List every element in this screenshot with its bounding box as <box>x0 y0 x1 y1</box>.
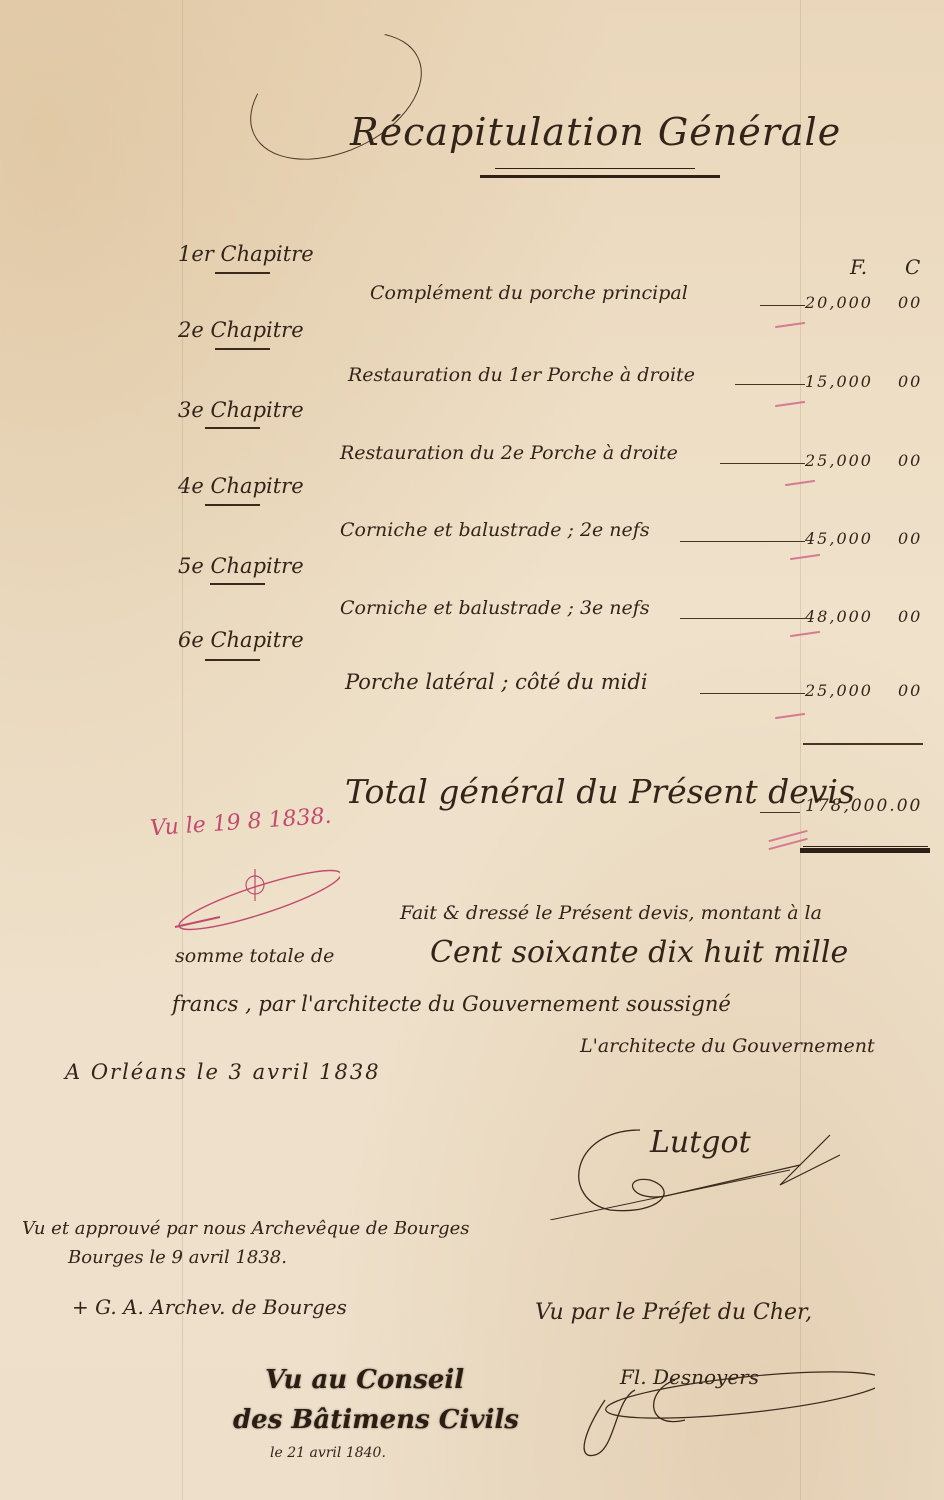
chapter-label-3: 3e Chapitre <box>178 398 304 422</box>
chapter-amount-3: 25,000 <box>805 451 873 470</box>
chapter-item-1: Complément du porche principal <box>370 282 688 304</box>
statement-line-3: francs , par l'architecte du Gouvernemen… <box>172 992 731 1016</box>
leader-line <box>760 812 800 813</box>
archbishop-approval-line-1: Vu et approuvé par nous Archevêque de Bo… <box>22 1218 470 1239</box>
chapter-amount-1: 20,000 <box>805 293 873 312</box>
chapter-cents-1: 00 <box>898 293 922 312</box>
chapter-cents-4: 00 <box>898 529 922 548</box>
statement-amount-words: Cent soixante dix huit mille <box>430 935 848 970</box>
title-flourish-icon <box>230 7 442 185</box>
archbishop-signature: + G. A. Archev. de Bourges <box>72 1295 347 1319</box>
archbishop-approval-line-2: Bourges le 9 avril 1838. <box>68 1247 287 1268</box>
red-check-mark <box>790 631 820 637</box>
chapter-underline <box>215 348 270 350</box>
chapter-amount-2: 15,000 <box>805 372 873 391</box>
chapter-underline <box>205 504 260 506</box>
chapter-item-4: Corniche et balustrade ; 2e nefs <box>340 519 650 541</box>
chapter-label-5: 5e Chapitre <box>178 554 304 578</box>
leader-line <box>680 618 805 619</box>
chapter-label-6: 6e Chapitre <box>178 628 304 652</box>
chapter-item-6: Porche latéral ; côté du midi <box>345 670 648 694</box>
chapter-amount-4: 45,000 <box>805 529 873 548</box>
chapter-cents-5: 00 <box>898 607 922 626</box>
chapter-amount-6: 25,000 <box>805 681 873 700</box>
document-page: Récapitulation Générale F. C 1er Chapitr… <box>0 0 944 1500</box>
total-double-rule-thin <box>803 846 928 847</box>
title-underline <box>480 175 720 178</box>
sum-rule <box>803 743 923 745</box>
signature-flourish-icon <box>540 1110 840 1220</box>
chapter-label-1: 1er Chapitre <box>178 242 314 266</box>
page-title: Récapitulation Générale <box>350 110 841 154</box>
chapter-underline <box>205 427 260 429</box>
place-date: A Orléans le 3 avril 1838 <box>65 1060 381 1084</box>
council-stamp-line-1: Vu au Conseil <box>265 1365 464 1395</box>
chapter-label-2: 2e Chapitre <box>178 318 304 342</box>
chapter-amount-5: 48,000 <box>805 607 873 626</box>
chapter-cents-6: 00 <box>898 681 922 700</box>
prefect-signature-flourish-icon <box>575 1360 875 1470</box>
total-amount: 178,000.00 <box>805 796 922 816</box>
red-paraph-icon <box>160 855 340 935</box>
prefect-visa-line: Vu par le Préfet du Cher, <box>535 1300 812 1325</box>
total-double-rule <box>800 848 930 853</box>
leader-line <box>720 463 805 464</box>
leader-line <box>760 305 805 306</box>
council-stamp-line-2: des Bâtimens Civils <box>233 1405 519 1435</box>
chapter-cents-3: 00 <box>898 451 922 470</box>
margin-rule <box>182 0 183 1500</box>
centimes-header: C <box>905 255 920 279</box>
amount-column-rule <box>800 0 801 1500</box>
chapter-underline <box>210 583 265 585</box>
francs-header: F. <box>850 255 867 279</box>
statement-line-2-prefix: somme totale de <box>175 945 334 967</box>
chapter-item-3: Restauration du 2e Porche à droite <box>340 442 678 464</box>
title-underline-thin <box>495 168 695 169</box>
chapter-cents-2: 00 <box>898 372 922 391</box>
total-label: Total général du Présent devis <box>345 772 855 811</box>
statement-line-1: Fait & dressé le Présent devis, montant … <box>400 902 822 924</box>
leader-line <box>680 541 805 542</box>
red-check-mark <box>790 554 820 560</box>
leader-line <box>700 693 805 694</box>
chapter-underline <box>215 272 270 274</box>
chapter-underline <box>205 659 260 661</box>
council-stamp-date: le 21 avril 1840. <box>270 1445 386 1461</box>
margin-visa-note: Vu le 19 8 1838. <box>149 804 332 842</box>
chapter-item-2: Restauration du 1er Porche à droite <box>348 364 695 386</box>
chapter-item-5: Corniche et balustrade ; 3e nefs <box>340 597 650 619</box>
chapter-label-4: 4e Chapitre <box>178 474 304 498</box>
signatory-title: L'architecte du Gouvernement <box>580 1035 875 1057</box>
leader-line <box>735 384 805 385</box>
